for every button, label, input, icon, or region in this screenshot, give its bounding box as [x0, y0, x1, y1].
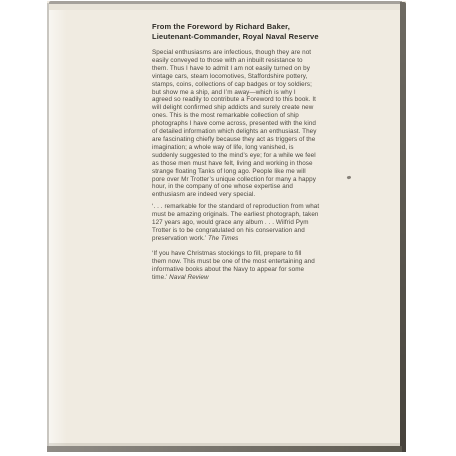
- book-back-cover: From the Foreword by Richard Baker, Lieu…: [47, 1, 406, 452]
- foreword-heading: From the Foreword by Richard Baker, Lieu…: [152, 22, 374, 42]
- review-quote-times: ‘. . . remarkable for the standard of re…: [152, 203, 374, 243]
- times-attribution: The Times: [208, 235, 238, 242]
- book-top-paper-edge: [49, 4, 401, 10]
- jacket-fold-highlight: [49, 10, 67, 446]
- cover-text-block: From the Foreword by Richard Baker, Lieu…: [152, 22, 374, 282]
- book-right-edge-shadow: [400, 2, 406, 452]
- naval-review-attribution: Naval Review: [169, 274, 208, 281]
- product-photo-background: From the Foreword by Richard Baker, Lieu…: [0, 0, 456, 456]
- foreword-excerpt: Special enthusiasms are infectious, thou…: [152, 49, 374, 199]
- book-bottom-edge-shadow: [47, 446, 402, 452]
- review-quote-naval-review: ‘If you have Christmas stockings to fill…: [152, 250, 374, 282]
